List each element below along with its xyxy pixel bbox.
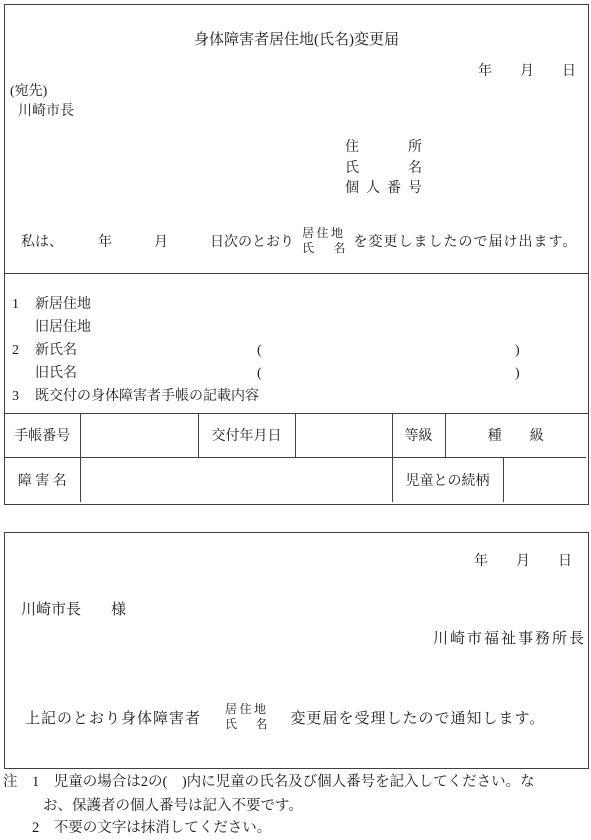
child-relation-label: 児童との続柄 — [392, 457, 503, 502]
paren-open: ( — [257, 339, 262, 362]
acceptance-suffix: 変更届を受理したので通知します。 — [291, 707, 546, 728]
residence-or-name-stack: 居住地 氏 名 — [302, 226, 346, 256]
item-old-residence: 旧居住地 — [5, 316, 588, 339]
declaration-suffix: を変更しましたので届け出ます。 — [354, 231, 578, 251]
item-number: 1 — [12, 293, 19, 316]
date-line: 年 月 日 — [474, 551, 588, 573]
paren-open: ( — [257, 362, 262, 385]
item-number: 2 — [12, 339, 19, 362]
handbook-table: 手帳番号 交付年月日 等級 種 級 障 害 名 児童との続柄 — [5, 413, 586, 502]
paren-close: ) — [515, 362, 520, 385]
item-number: 3 — [12, 385, 19, 408]
item-old-name: 旧氏名 ( ) — [5, 362, 588, 385]
item-label: 旧居住地 — [35, 316, 91, 339]
issuer-title: 川崎市福祉事務所長 — [433, 628, 588, 650]
form-document: { "form1": { "title": "身体障害者居住地(氏名)変更届",… — [0, 0, 591, 840]
acceptance-notice-box: 年 月 日 川崎市長 様 川崎市福祉事務所長 上記のとおり身体障害者 居住地 氏… — [4, 532, 589, 769]
personal-number-label: 個人番号 — [345, 179, 422, 200]
handbook-number-label: 手帳番号 — [5, 413, 80, 457]
stack-residence-label: 居住地 — [302, 226, 346, 241]
issue-date-value-cell — [295, 413, 392, 457]
residence-or-name-stack: 居住地 氏 名 — [225, 702, 269, 732]
disability-name-label: 障 害 名 — [5, 457, 80, 502]
note-line-1: 注 1 児童の場合は2の( )内に児童の氏名及び個人番号を記入してください。な — [3, 772, 535, 792]
item-new-name: 2 新氏名 ( ) — [5, 339, 588, 362]
date-line: 年 月 日 — [478, 61, 588, 83]
kind-grade-label: 種 級 — [445, 413, 586, 457]
acceptance-line: 上記のとおり身体障害者 居住地 氏 名 変更届を受理したので通知します。 — [25, 693, 545, 741]
notification-form-box: 身体障害者居住地(氏名)変更届 年 月 日 (宛先) 川崎市長 住 所 氏 名 … — [4, 4, 589, 505]
section-divider — [5, 273, 588, 274]
address-label: 住 所 — [345, 138, 422, 159]
note-line-1-continued: お、保護者の個人番号は記入不要です。 — [43, 796, 303, 816]
name-label: 氏 名 — [345, 159, 422, 180]
declaration-line: 私は、 年 月 日次のとおり 居住地 氏 名 を変更しましたので届け出ます。 — [21, 217, 577, 265]
stack-residence-label: 居住地 — [225, 702, 269, 717]
applicant-label-block: 住 所 氏 名 個人番号 — [345, 138, 422, 200]
item-handbook-contents: 3 既交付の身体障害者手帳の記載内容 — [5, 385, 588, 408]
disability-name-value-cell — [80, 457, 392, 502]
form-title: 身体障害者居住地(氏名)変更届 — [5, 29, 588, 51]
stack-name-label: 氏 名 — [225, 717, 269, 732]
handbook-number-value-cell — [80, 413, 198, 457]
child-relation-value-cell — [503, 457, 586, 502]
issue-date-label: 交付年月日 — [198, 413, 295, 457]
addressee-name: 川崎市長 様 — [21, 599, 126, 621]
note-line-2: 2 不要の文字は抹消してください。 — [32, 818, 271, 838]
item-label: 新氏名 — [35, 339, 77, 362]
item-label: 既交付の身体障害者手帳の記載内容 — [35, 385, 259, 408]
item-label: 旧氏名 — [35, 362, 77, 385]
addressee-name: 川崎市長 — [18, 101, 74, 123]
item-label: 新居住地 — [35, 293, 91, 316]
grade-label: 等級 — [392, 413, 445, 457]
acceptance-prefix: 上記のとおり身体障害者 — [25, 707, 201, 728]
item-new-residence: 1 新居住地 — [5, 293, 588, 316]
stack-name-label: 氏 名 — [302, 241, 346, 256]
paren-close: ) — [515, 339, 520, 362]
declaration-prefix: 私は、 年 月 日次のとおり — [21, 231, 294, 251]
addressee-label: (宛先) — [10, 81, 47, 103]
